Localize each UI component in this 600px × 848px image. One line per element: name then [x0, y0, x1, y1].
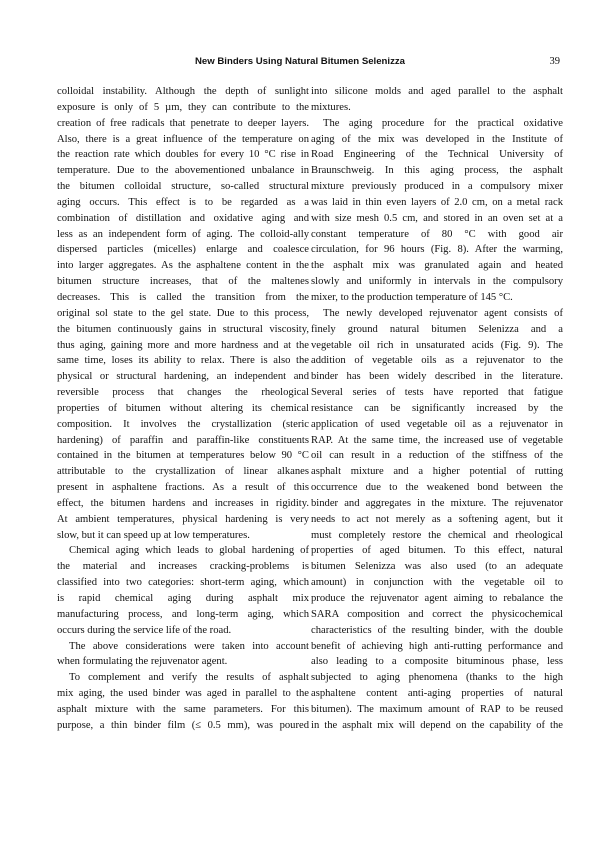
text-line: resistance can be significantly increase…	[311, 401, 563, 417]
text-line: To complement and verify the results of …	[57, 670, 309, 686]
text-line: Road Engineering of the Technical Univer…	[311, 147, 563, 163]
text-line: exposure is only of 5 µm, they can contr…	[57, 100, 309, 116]
paragraph: Chemical aging which leads to global har…	[57, 543, 309, 638]
paragraph: To complement and verify the results of …	[57, 670, 309, 733]
text-line: Several series of tests have reported th…	[311, 385, 563, 401]
text-line: At ambient temperatures, physical harden…	[57, 512, 309, 528]
text-line: subjected to aging phenomena (thanks to …	[311, 670, 563, 686]
text-line: the bitumen colloidal structure, so-call…	[57, 179, 309, 195]
right-column: into silicone molds and aged parallel to…	[311, 84, 563, 734]
text-line: binder has been widely described in the …	[311, 369, 563, 385]
text-line: into silicone molds and aged parallel to…	[311, 84, 563, 100]
text-line: amount) in conjunction with the vegetabl…	[311, 575, 563, 591]
text-line: classified into two categories: short-te…	[57, 575, 309, 591]
text-line: creation of free radicals that penetrate…	[57, 116, 309, 132]
text-line: aging of the mix was developed in the In…	[311, 132, 563, 148]
text-line: SARA composition and correct the physico…	[311, 607, 563, 623]
text-line: occurrence due to the weakened bond betw…	[311, 480, 563, 496]
left-column: colloidal instability. Although the dept…	[57, 84, 309, 734]
text-line: manufacturing process, and long-term agi…	[57, 607, 309, 623]
text-line: properties of aged bitumen. To this effe…	[311, 543, 563, 559]
paragraph: The newly developed rejuvenator agent co…	[311, 306, 563, 734]
text-line: when formulating the rejuvenator agent.	[57, 654, 309, 670]
text-line: The above considerations were taken into…	[57, 639, 309, 655]
text-line: reversible process that changes the rheo…	[57, 385, 309, 401]
text-line: bitumen). The maximum amount of RAP to b…	[311, 702, 563, 718]
text-line: same time, loses its ability to relax. T…	[57, 353, 309, 369]
paragraph: colloidal instability. Although the dept…	[57, 84, 309, 543]
text-line: temperature. Due to the abovementioned u…	[57, 163, 309, 179]
text-line: asphaltene content anti-aging properties…	[311, 686, 563, 702]
running-title: New Binders Using Natural Bitumen Seleni…	[0, 56, 600, 67]
text-line: composition. It involves the crystalliza…	[57, 417, 309, 433]
text-line: bitumen structure increases, that of the…	[57, 274, 309, 290]
text-line: also leading to a composite bituminous p…	[311, 654, 563, 670]
text-line: RAP. At the same time, the increased use…	[311, 433, 563, 449]
paragraph: The aging procedure for the practical ox…	[311, 116, 563, 306]
text-line: circulation, for 96 hours (Fig. 8). Afte…	[311, 242, 563, 258]
text-line: properties of bitumen without altering i…	[57, 401, 309, 417]
text-line: The newly developed rejuvenator agent co…	[311, 306, 563, 322]
text-line: asphalt mixture and a higher potential o…	[311, 464, 563, 480]
text-line: hardening) of paraffin and paraffin-like…	[57, 433, 309, 449]
text-line: into larger aggregates. As the asphalten…	[57, 258, 309, 274]
text-line: the reaction rate which doubles for ever…	[57, 147, 309, 163]
text-line: needs to act not merely as a softening a…	[311, 512, 563, 528]
text-line: benefit of achieving high anti-rutting p…	[311, 639, 563, 655]
text-line: less as an independent form of aging. Th…	[57, 227, 309, 243]
text-line: present in asphaltene fractions. As a re…	[57, 480, 309, 496]
text-line: addition of vegetable oils as a rejuvena…	[311, 353, 563, 369]
text-line: oil can result in a reduction of the sti…	[311, 448, 563, 464]
text-line: occurs during the service life of the ro…	[57, 623, 309, 639]
text-line: slowly and uniformly in intervals in the…	[311, 274, 563, 290]
text-line: physical or structural hardening, an ind…	[57, 369, 309, 385]
text-line: must completely restore the chemical and…	[311, 528, 563, 544]
text-line: mixture previously produced in a compuls…	[311, 179, 563, 195]
text-line: decreases. This is called the transition…	[57, 290, 309, 306]
text-line: attributable to the crystallization of l…	[57, 464, 309, 480]
text-line: constant temperature of 80 °C with good …	[311, 227, 563, 243]
text-line: in the asphalt mix will depend on the ca…	[311, 718, 563, 734]
text-line: with size mesh 0.5 cm, and stored in an …	[311, 211, 563, 227]
text-line: is rapid chemical aging during asphalt m…	[57, 591, 309, 607]
text-line: mixtures.	[311, 100, 563, 116]
text-line: aging occurs. This effect is to be regar…	[57, 195, 309, 211]
text-line: bitumen Selenizza was also used (to an a…	[311, 559, 563, 575]
text-line: combination of distillation and oxidativ…	[57, 211, 309, 227]
text-line: asphalt mixture with the same parameters…	[57, 702, 309, 718]
text-line: binder and aggregates in the mixture. Th…	[311, 496, 563, 512]
document-page: New Binders Using Natural Bitumen Seleni…	[0, 0, 600, 848]
text-line: Also, there is a great influence of the …	[57, 132, 309, 148]
text-line: characteristics of the resulting binder,…	[311, 623, 563, 639]
text-line: produce the rejuvenator agent aiming to …	[311, 591, 563, 607]
text-line: mix aging, the used binder was aged in p…	[57, 686, 309, 702]
text-line: effect, the bitumen hardens and increase…	[57, 496, 309, 512]
text-line: was laid in thin even layers of 2.0 cm, …	[311, 195, 563, 211]
text-line: colloidal instability. Although the dept…	[57, 84, 309, 100]
text-line: Chemical aging which leads to global har…	[57, 543, 309, 559]
text-line: contained in the bitumen at temperatures…	[57, 448, 309, 464]
paragraph: The above considerations were taken into…	[57, 639, 309, 671]
text-line: the asphalt mix was granulated again and…	[311, 258, 563, 274]
text-line: vegetable oil rich in unsaturated acids …	[311, 338, 563, 354]
text-line: slow, but it can speed up at low tempera…	[57, 528, 309, 544]
text-line: thus aging, gaining more and more hardne…	[57, 338, 309, 354]
text-line: finely ground natural bitumen Selenizza …	[311, 322, 563, 338]
text-line: The aging procedure for the practical ox…	[311, 116, 563, 132]
text-line: purpose, a thin binder film (≤ 0.5 mm), …	[57, 718, 309, 734]
text-line: dispersed particles (micelles) enlarge a…	[57, 242, 309, 258]
text-line: Braunschweig. In this aging process, the…	[311, 163, 563, 179]
text-line: mixer, to the production temperature of …	[311, 290, 563, 306]
text-line: the material and increases cracking-prob…	[57, 559, 309, 575]
page-number: 39	[530, 56, 560, 67]
text-line: original sol state to the gel state. Due…	[57, 306, 309, 322]
text-line: application of used vegetable oil as a r…	[311, 417, 563, 433]
paragraph: into silicone molds and aged parallel to…	[311, 84, 563, 116]
text-line: the bitumen continuously gains in struct…	[57, 322, 309, 338]
